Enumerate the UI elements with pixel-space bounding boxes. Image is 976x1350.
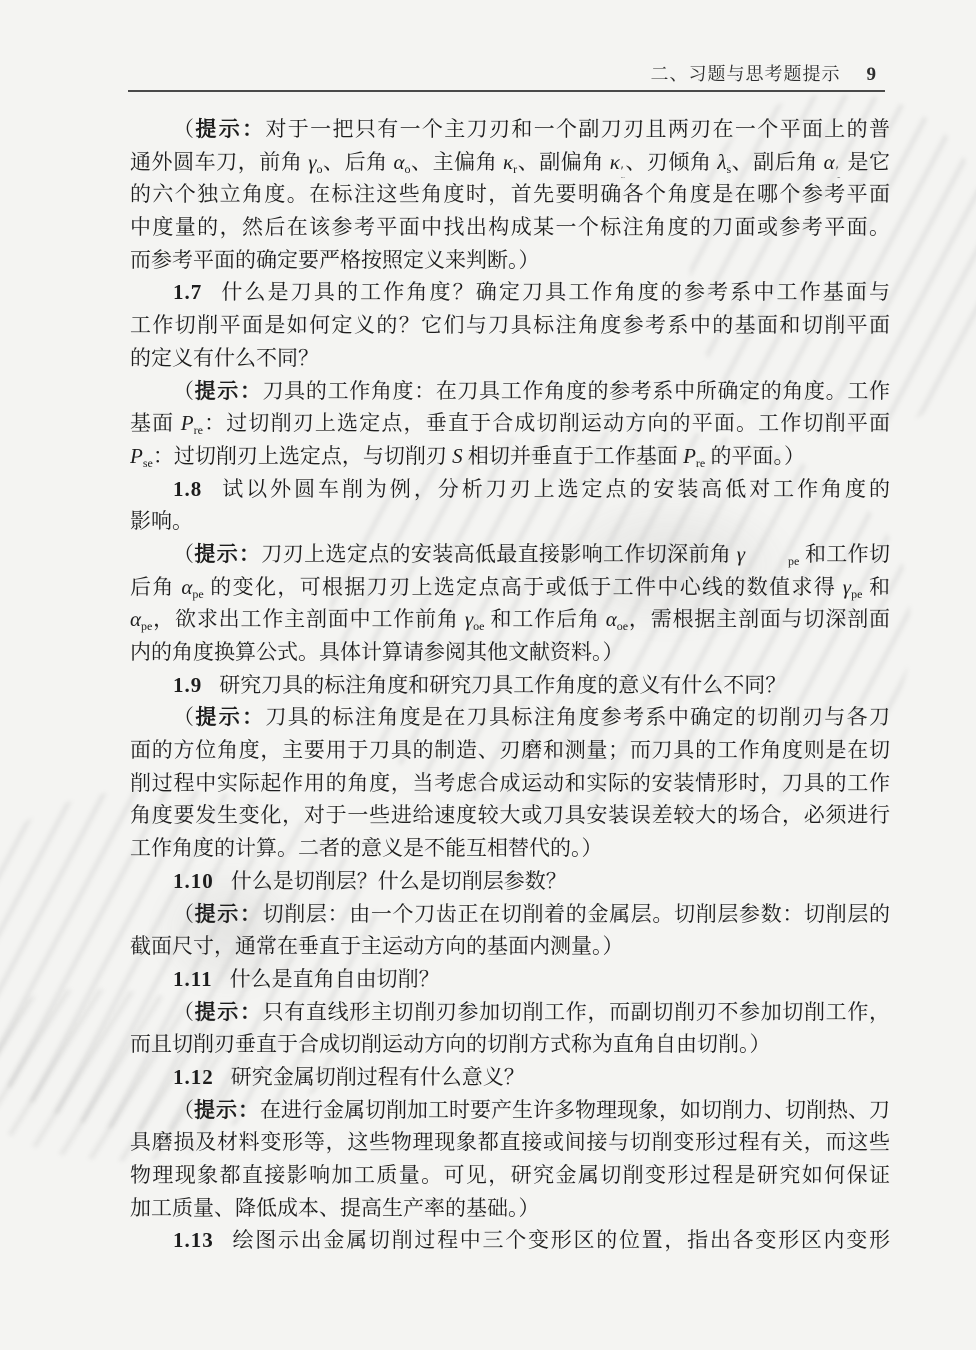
book-page: { "page": {"bg": "#f4f4f2", "ink": "#1d1… [0,0,976,1350]
text-line-6: 1.7什么是刀具的工作角度？确定刀具工作角度的参考系中工作基面与 [130,276,890,309]
running-title: 二、习题与思考题提示 [651,60,841,86]
text-line-8: 的定义有什么不同？ [130,342,890,375]
text-line-3: 的六个独立角度。在标注这些角度时，首先要明确各个角度是在哪个参考平面 [130,178,890,211]
math-symbol: αpe [181,575,203,599]
math-symbol: Pse [130,444,153,468]
math-symbol: α′o [824,150,842,174]
math-symbol: γo [308,150,322,174]
page-body: （提示：对于一把只有一个主刀刃和一个副刀刃且两刃在一个平面上的普通外圆车刀，前角… [130,113,890,1257]
text-line-23: 工作角度的计算。二者的意义是不能互相替代的。） [130,832,890,865]
text-line-20: 面的方位角度，主要用于刀具的制造、刃磨和测量；而刀具的工作角度则是在切 [130,734,890,767]
text-line-22: 角度要发生变化，对于一些进给速度较大或刀具安装误差较大的场合，必须进行 [130,799,890,832]
text-line-17: 内的角度换算公式。具体计算请参阅其他文献资料。） [130,636,890,669]
text-line-29: 而且切削刃垂直于合成切削运动方向的切削方式称为直角自由切削。） [130,1028,890,1061]
text-line-16: αpe，欲求出工作主剖面中工作前角 γoe 和工作后角 αoe，需根据主剖面与切… [130,603,890,636]
math-symbol: γoe [465,607,485,631]
text-line-5: 而参考平面的确定要严格按照定义来判断。） [130,244,890,277]
text-line-4: 中度量的，然后在该参考平面中找出构成某一个标注角度的刀面或参考平面。 [130,211,890,244]
page-number: 9 [867,64,877,86]
math-symbol: S [452,444,463,468]
text-line-26: 截面尺寸，通常在垂直于主运动方向的基面内测量。） [130,930,890,963]
text-line-25: （提示：切削层：由一个刀齿正在切削着的金属层。切削层参数：切削层的 [130,898,890,931]
header-rule [128,90,885,92]
text-line-2: 通外圆车刀，前角 γo、后角 αo、主偏角 κr、副偏角 κ′r、刃倾角 λs、… [130,146,890,179]
math-symbol: λs [717,150,731,174]
text-line-19: （提示：刀具的标注角度是在刀具标注角度参考系中确定的切削刃与各刀 [130,701,890,734]
math-symbol: αoe [606,607,628,631]
page-header: 二、习题与思考题提示 9 [651,60,877,86]
text-line-27: 1.11什么是直角自由切削？ [130,963,890,996]
text-line-7: 工作切削平面是如何定义的？它们与刀具标注角度参考系中的基面和切削平面 [130,309,890,342]
math-symbol: αpe [130,607,152,631]
text-line-35: 1.13绘图示出金属切削过程中三个变形区的位置，指出各变形区内变形 [130,1224,890,1257]
text-line-30: 1.12研究金属切削过程有什么意义？ [130,1061,890,1094]
text-line-28: （提示：只有直线形主切削刃参加切削工作，而副切削刃不参加切削工作， [130,996,890,1029]
math-symbol: κ′r [610,150,625,174]
text-line-24: 1.10什么是切削层？什么是切削层参数？ [130,865,890,898]
text-line-31: （提示：在进行金属切削加工时要产生许多物理现象，如切削力、切削热、刀 [130,1094,890,1127]
text-line-11: Pse：过切削刃上选定点，与切削刃 S 相切并垂直于工作基面 Pre 的平面。） [130,440,890,473]
math-symbol: Pre [181,411,203,435]
text-line-34: 加工质量、降低成本、提高生产率的基础。） [130,1192,890,1225]
math-symbol: κr [503,150,517,174]
text-line-32: 具磨损及材料变形等，这些物理现象都直接或间接与切削变形过程有关，而这些 [130,1126,890,1159]
text-line-18: 1.9研究刀具的标注角度和研究刀具工作角度的意义有什么不同？ [130,669,890,702]
text-line-13: 影响。 [130,505,890,538]
text-line-10: 基面 Pre：过切削刃上选定点，垂直于合成切削运动方向的平面。工作切削平面 [130,407,890,440]
math-symbol: γpe [737,542,800,566]
math-symbol: Pre [683,444,705,468]
text-line-21: 削过程中实际起作用的角度，当考虑合成运动和实际的安装情形时，刀具的工作 [130,767,890,800]
text-line-33: 物理现象都直接影响加工质量。可见，研究金属切削变形过程是研究如何保证 [130,1159,890,1192]
math-symbol: αo [393,150,410,174]
text-line-1: （提示：对于一把只有一个主刀刃和一个副刀刃且两刃在一个平面上的普 [130,113,890,146]
text-line-14: （提示：刀刃上选定点的安装高低最直接影响工作切深前角 γpe 和工作切深 [130,538,890,571]
text-line-9: （提示：刀具的工作角度：在刀具工作角度的参考系中所确定的角度。工作 [130,375,890,408]
math-symbol: γpe [843,575,863,599]
text-line-12: 1.8试以外圆车削为例，分析刀刃上选定点的安装高低对工作角度的 [130,473,890,506]
text-line-15: 后角 αpe 的变化，可根据刀刃上选定点高于或低于工件中心线的数值求得 γpe … [130,571,890,604]
